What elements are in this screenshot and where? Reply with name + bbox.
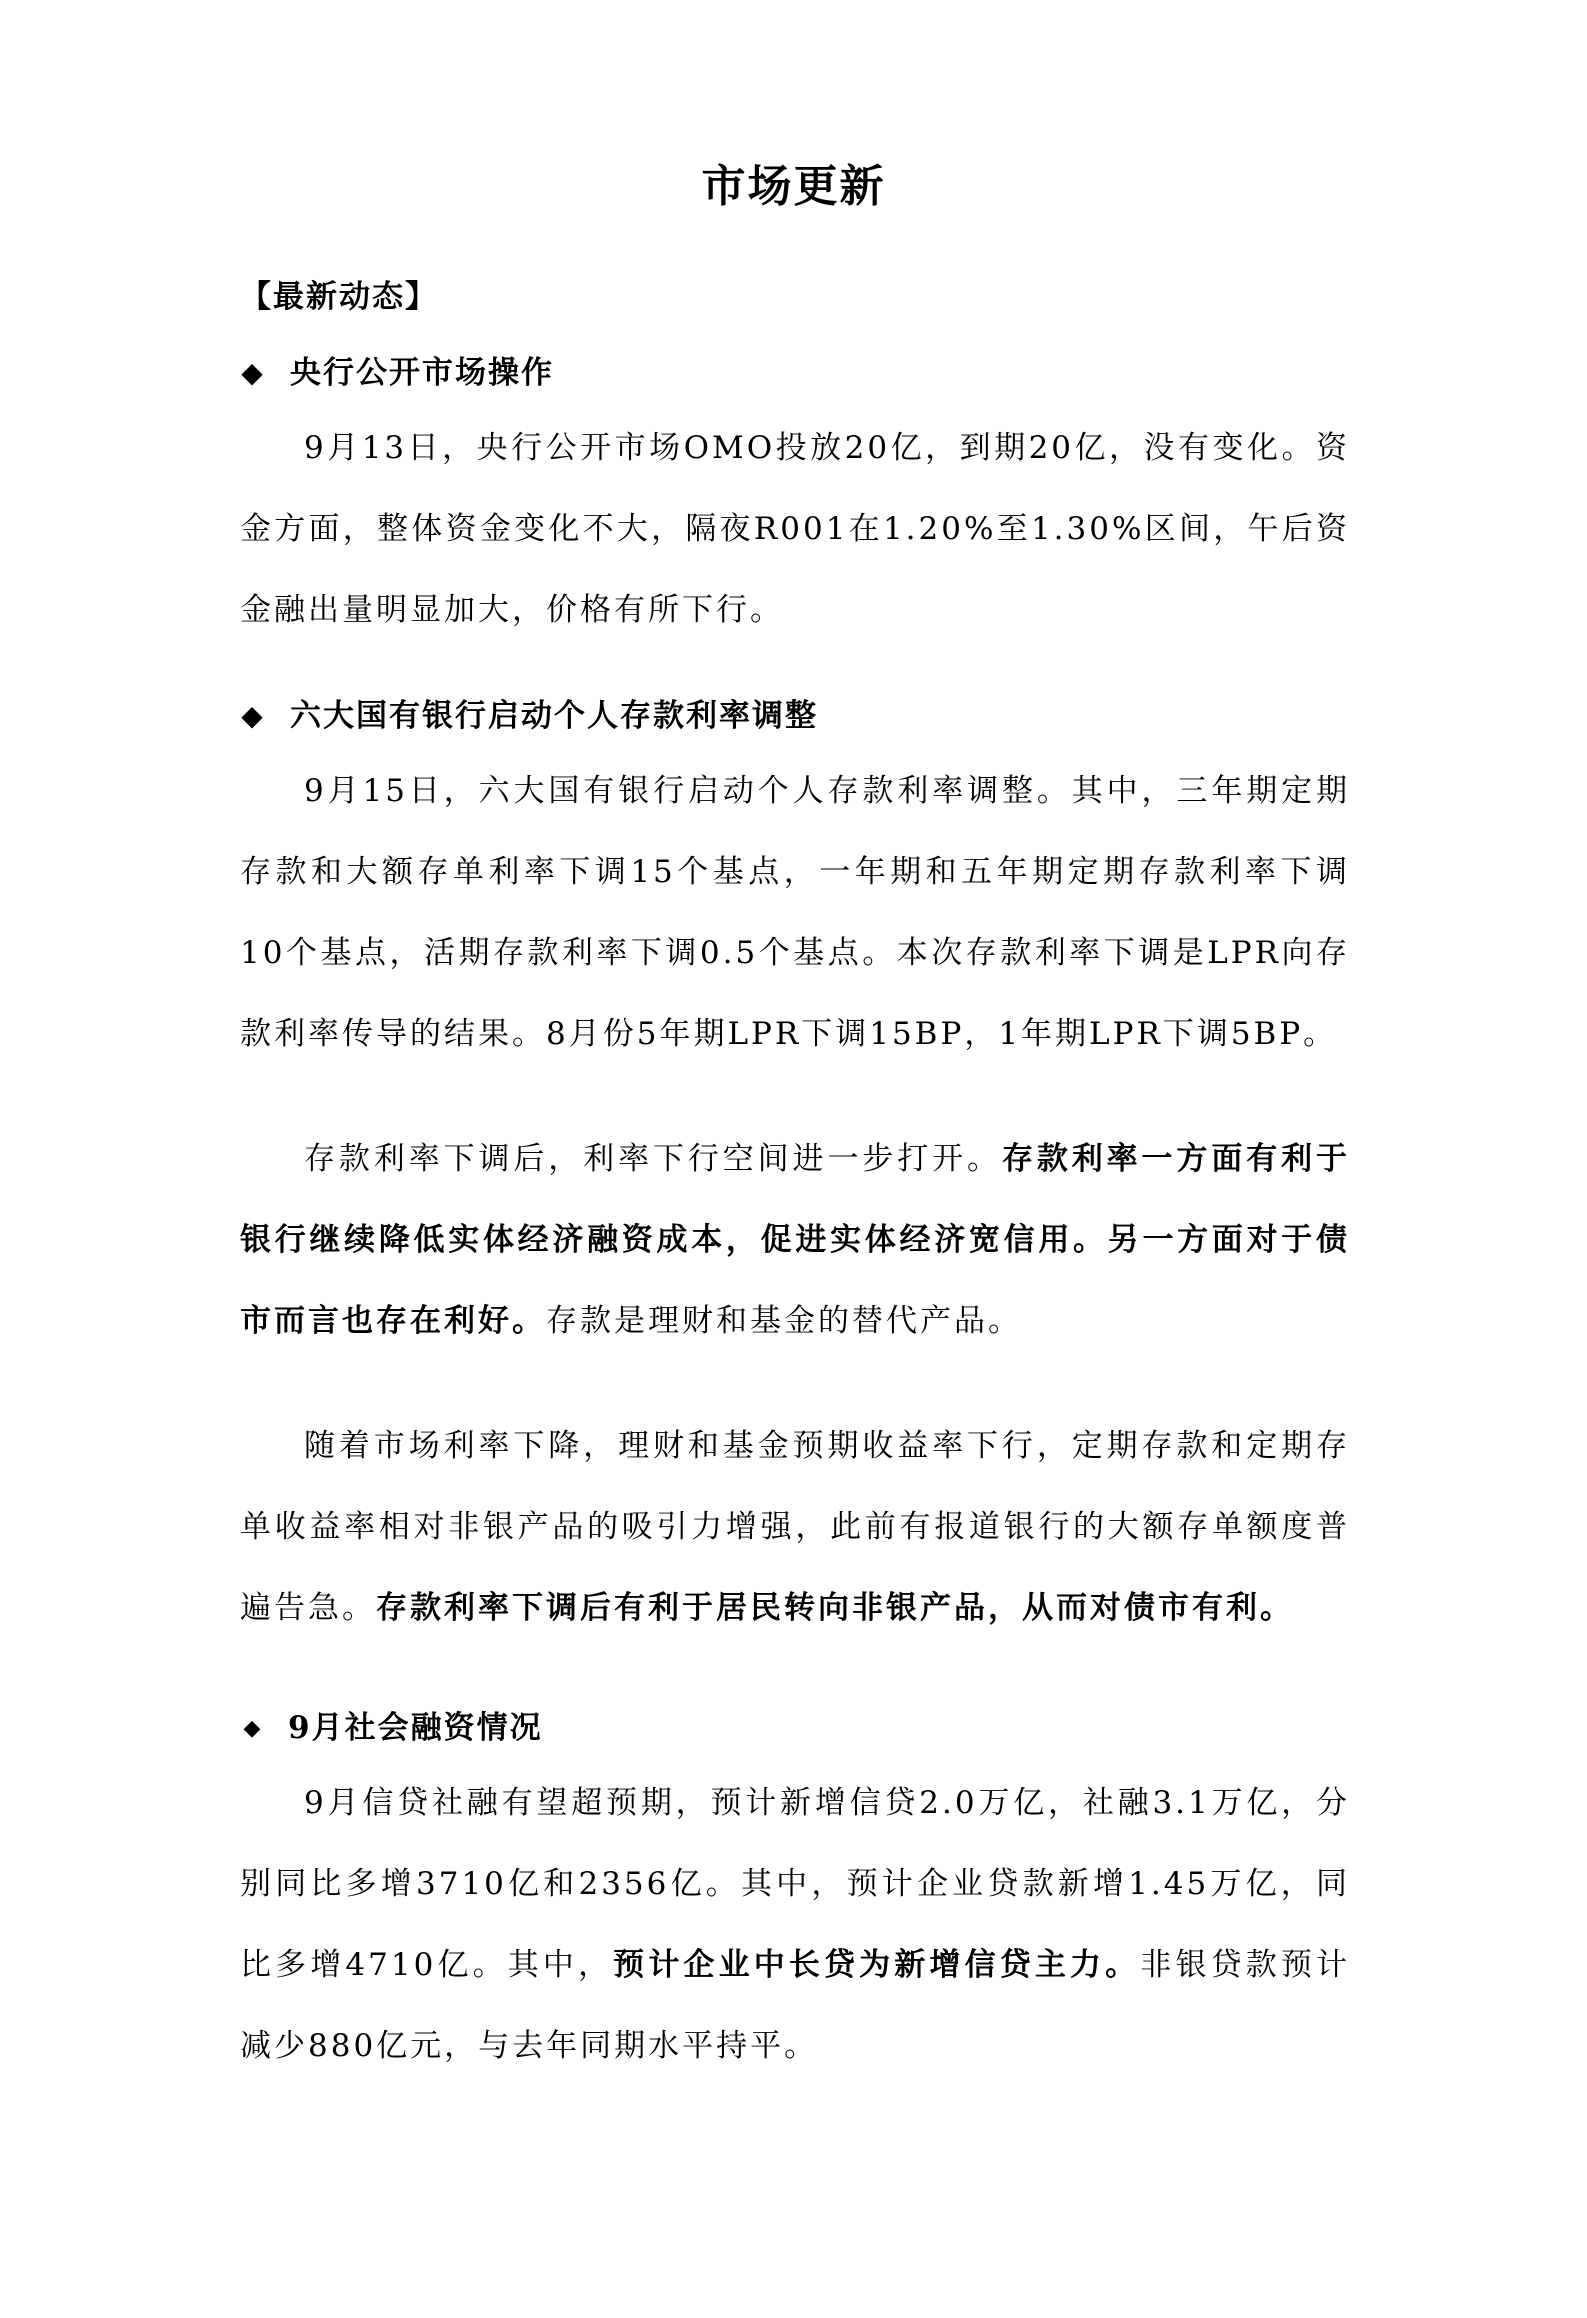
section-heading: ◆ 9月社会融资情况 xyxy=(240,1693,1350,1763)
section-label: 【最新动态】 xyxy=(240,262,1350,332)
page-title: 市场更新 xyxy=(0,150,1587,214)
bold-text-run: 存款利率下调后有利于居民转向非银产品，从而对债市有利。 xyxy=(376,1590,1294,1626)
text-run: 9月13日，央行公开市场OMO投放20亿，到期20亿，没有变化。资金方面，整体资… xyxy=(240,430,1350,628)
section-heading: ◆ 央行公开市场操作 xyxy=(240,338,1350,408)
paragraph: 存款利率下调后，利率下行空间进一步打开。存款利率一方面有利于银行继续降低实体经济… xyxy=(240,1119,1350,1362)
section-heading-text: 9月社会融资情况 xyxy=(288,1693,543,1763)
document-body: 【最新动态】 ◆ 央行公开市场操作 9月13日，央行公开市场OMO投放20亿，到… xyxy=(240,262,1350,2087)
document-page: 市场更新 【最新动态】 ◆ 央行公开市场操作 9月13日，央行公开市场OMO投放… xyxy=(0,0,1587,2318)
text-run: 存款利率下调后，利率下行空间进一步打开。 xyxy=(304,1141,1002,1177)
paragraph: 9月信贷社融有望超预期，预计新增信贷2.0万亿，社融3.1万亿，分别同比多增37… xyxy=(240,1763,1350,2087)
section-heading-text: 六大国有银行启动个人存款利率调整 xyxy=(290,681,818,751)
text-run: 存款是理财和基金的替代产品。 xyxy=(546,1303,1022,1339)
section-deposit-rate: ◆ 六大国有银行启动个人存款利率调整 9月15日，六大国有银行启动个人存款利率调… xyxy=(240,681,1350,1649)
text-run: 9月15日，六大国有银行启动个人存款利率调整。其中，三年期定期存款和大额存单利率… xyxy=(240,773,1350,1052)
bold-text-run: 预计企业中长贷为新增信贷主力。 xyxy=(613,1947,1140,1983)
diamond-bullet-icon: ◆ xyxy=(240,681,266,751)
section-omo: ◆ 央行公开市场操作 9月13日，央行公开市场OMO投放20亿，到期20亿，没有… xyxy=(240,338,1350,651)
section-heading-text: 央行公开市场操作 xyxy=(290,338,554,408)
paragraph: 随着市场利率下降，理财和基金预期收益率下行，定期存款和定期存单收益率相对非银产品… xyxy=(240,1406,1350,1649)
diamond-bullet-icon: ◆ xyxy=(240,1693,266,1763)
paragraph: 9月13日，央行公开市场OMO投放20亿，到期20亿，没有变化。资金方面，整体资… xyxy=(240,408,1350,651)
diamond-bullet-icon: ◆ xyxy=(240,338,266,408)
section-heading: ◆ 六大国有银行启动个人存款利率调整 xyxy=(240,681,1350,751)
paragraph: 9月15日，六大国有银行启动个人存款利率调整。其中，三年期定期存款和大额存单利率… xyxy=(240,751,1350,1075)
section-social-financing: ◆ 9月社会融资情况 9月信贷社融有望超预期，预计新增信贷2.0万亿，社融3.1… xyxy=(240,1693,1350,2087)
